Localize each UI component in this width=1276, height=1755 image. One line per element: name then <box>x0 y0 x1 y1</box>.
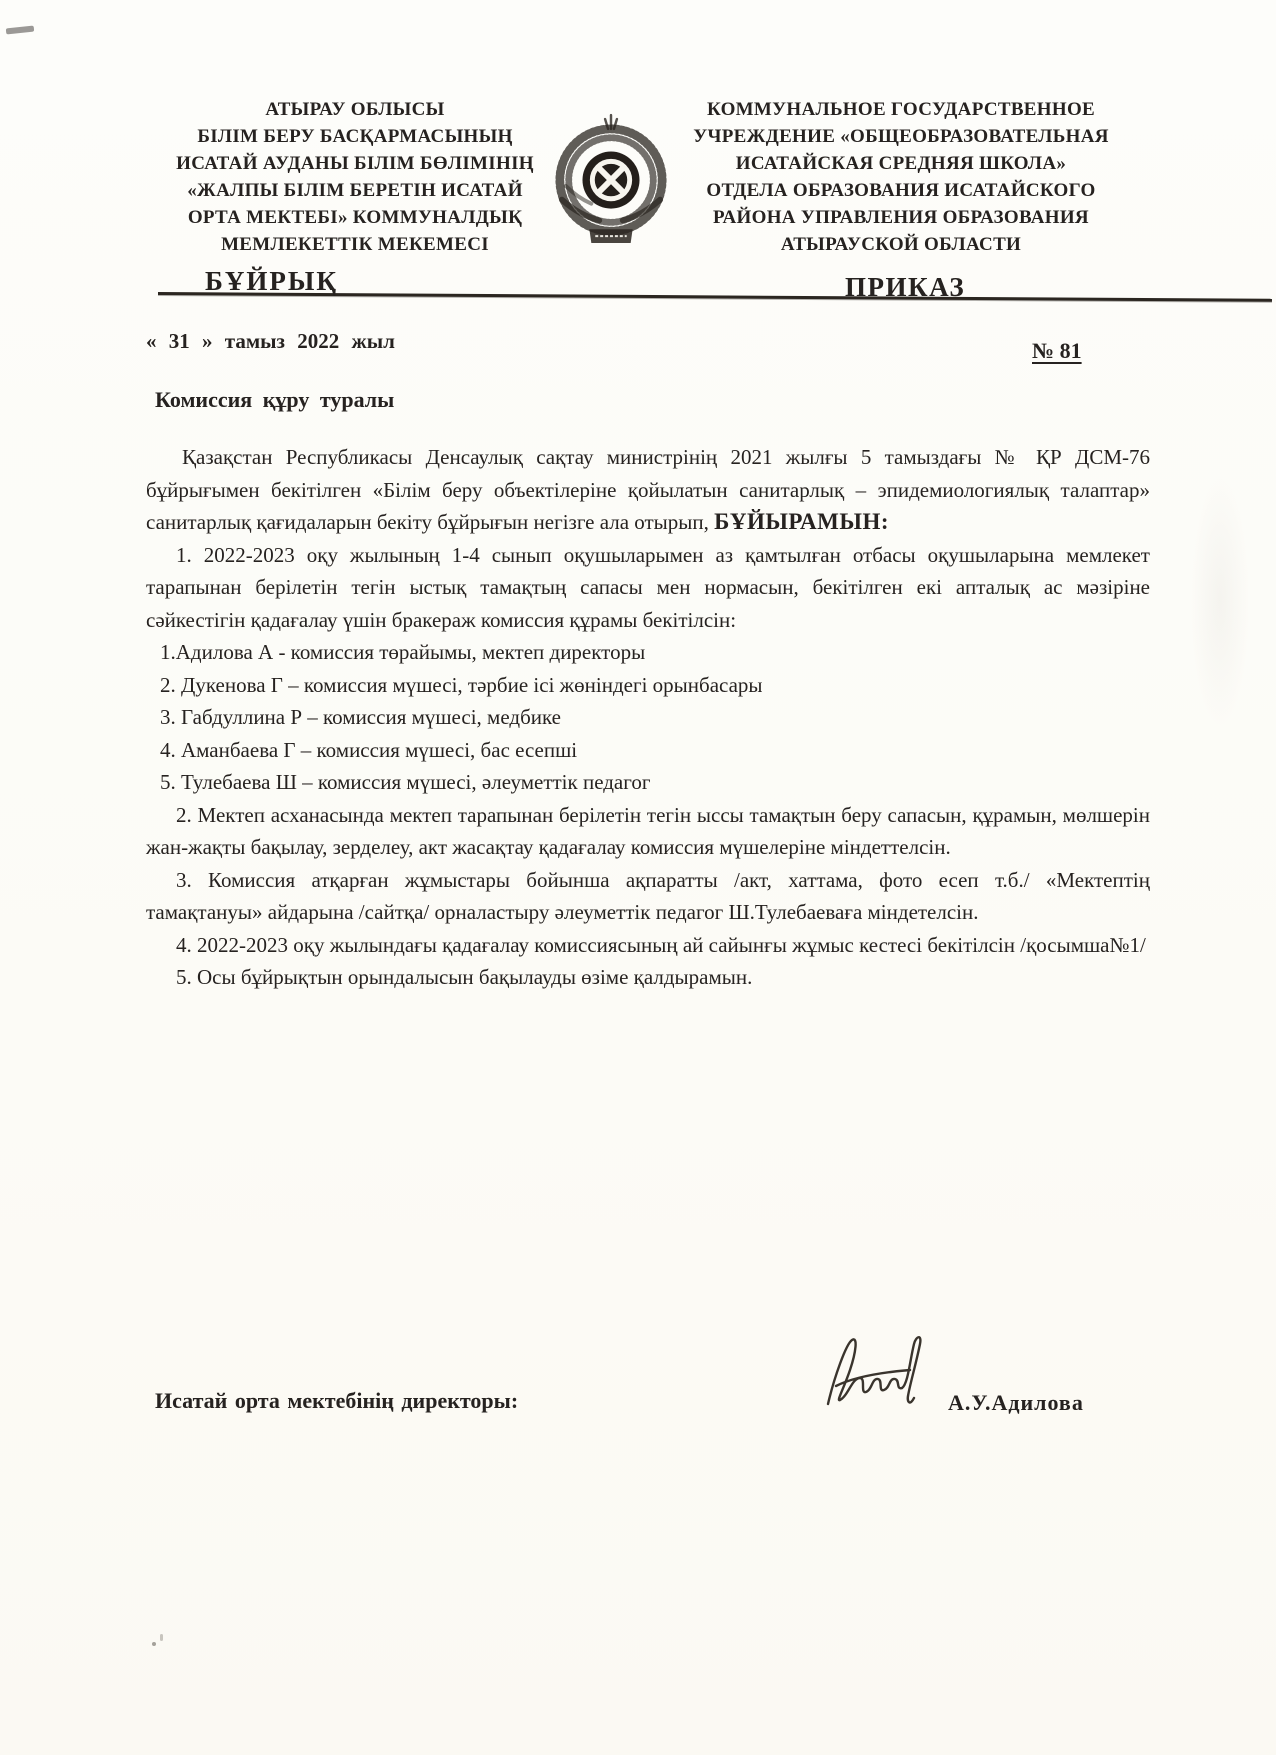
org-name-line: УЧРЕЖДЕНИЕ «ОБЩЕОБРАЗОВАТЕЛЬНАЯ <box>650 123 1152 150</box>
org-name-line: ОРТА МЕКТЕБІ» КОММУНАЛДЫҚ <box>150 204 560 231</box>
scan-smudge <box>1190 470 1250 730</box>
order-body: Қазақстан Республикасы Денсаулық сақтау … <box>146 441 1150 994</box>
order-item-5: 5. Осы бұйрықтын орындалысын бақылауды ө… <box>146 961 1150 994</box>
org-name-line: ИСАТАЙ АУДАНЫ БІЛІМ БӨЛІМІНІҢ <box>150 150 560 177</box>
order-number: № 81 <box>1032 338 1082 364</box>
org-name-line: ОТДЕЛА ОБРАЗОВАНИЯ ИСАТАЙСКОГО <box>650 177 1152 204</box>
org-name-line: АТЫРАУ ОБЛЫСЫ <box>150 96 560 123</box>
commission-member: 1.Адилова А - комиссия төрайымы, мектеп … <box>160 636 1150 669</box>
scanned-order-document: АТЫРАУ ОБЛЫСЫ БІЛІМ БЕРУ БАСҚАРМАСЫНЫҢ И… <box>0 0 1276 1755</box>
commission-member: 5. Тулебаева Ш – комиссия мүшесі, әлеуме… <box>160 766 1150 799</box>
org-name-line: МЕМЛЕКЕТТІК МЕКЕМЕСІ <box>150 231 560 258</box>
signature-role: Исатай орта мектебінің директоры: <box>155 1388 518 1414</box>
scan-speck <box>152 1642 156 1646</box>
handwritten-signature <box>806 1326 942 1426</box>
commission-member: 3. Габдуллина Р – комиссия мүшесі, медби… <box>160 701 1150 734</box>
order-item-4: 4. 2022-2023 оқу жылындағы қадағалау ком… <box>146 929 1150 962</box>
org-name-russian: КОММУНАЛЬНОЕ ГОСУДАРСТВЕННОЕ УЧРЕЖДЕНИЕ … <box>650 96 1152 258</box>
order-item-3: 3. Комиссия атқарған жұмыстары бойынша а… <box>146 864 1150 929</box>
preamble-paragraph: Қазақстан Республикасы Денсаулық сақтау … <box>146 441 1150 539</box>
order-date: « 31 » тамыз 2022 жыл <box>146 329 395 354</box>
org-name-line: ИСАТАЙСКАЯ СРЕДНЯЯ ШКОЛА» <box>650 150 1152 177</box>
preamble-text: Қазақстан Республикасы Денсаулық сақтау … <box>146 445 1150 534</box>
scan-speck <box>6 26 34 35</box>
order-item-1: 1. 2022-2023 оқу жылының 1-4 сынып оқушы… <box>146 539 1150 637</box>
order-item-2: 2. Мектеп асханасында мектеп тарапынан б… <box>146 799 1150 864</box>
commission-member: 4. Аманбаева Г – комиссия мүшесі, бас ес… <box>160 734 1150 767</box>
org-name-line: «ЖАЛПЫ БІЛІМ БЕРЕТІН ИСАТАЙ <box>150 177 560 204</box>
resolve-word: БҰЙЫРАМЫН: <box>714 509 889 534</box>
org-name-line: АТЫРАУСКОЙ ОБЛАСТИ <box>650 231 1152 258</box>
org-name-line: КОММУНАЛЬНОЕ ГОСУДАРСТВЕННОЕ <box>650 96 1152 123</box>
commission-members-list: 1.Адилова А - комиссия төрайымы, мектеп … <box>146 636 1150 799</box>
order-subject: Комиссия құру туралы <box>155 387 394 413</box>
org-name-line: РАЙОНА УПРАВЛЕНИЯ ОБРАЗОВАНИЯ <box>650 204 1152 231</box>
scan-speck <box>160 1634 163 1641</box>
order-heading-kazakh: БҰЙРЫҚ <box>205 266 338 297</box>
order-heading-russian: ПРИКАЗ <box>845 272 965 303</box>
signature-name: А.У.Адилова <box>948 1390 1084 1416</box>
org-name-line: БІЛІМ БЕРУ БАСҚАРМАСЫНЫҢ <box>150 123 560 150</box>
org-name-kazakh: АТЫРАУ ОБЛЫСЫ БІЛІМ БЕРУ БАСҚАРМАСЫНЫҢ И… <box>150 96 560 258</box>
commission-member: 2. Дукенова Г – комиссия мүшесі, тәрбие … <box>160 669 1150 702</box>
